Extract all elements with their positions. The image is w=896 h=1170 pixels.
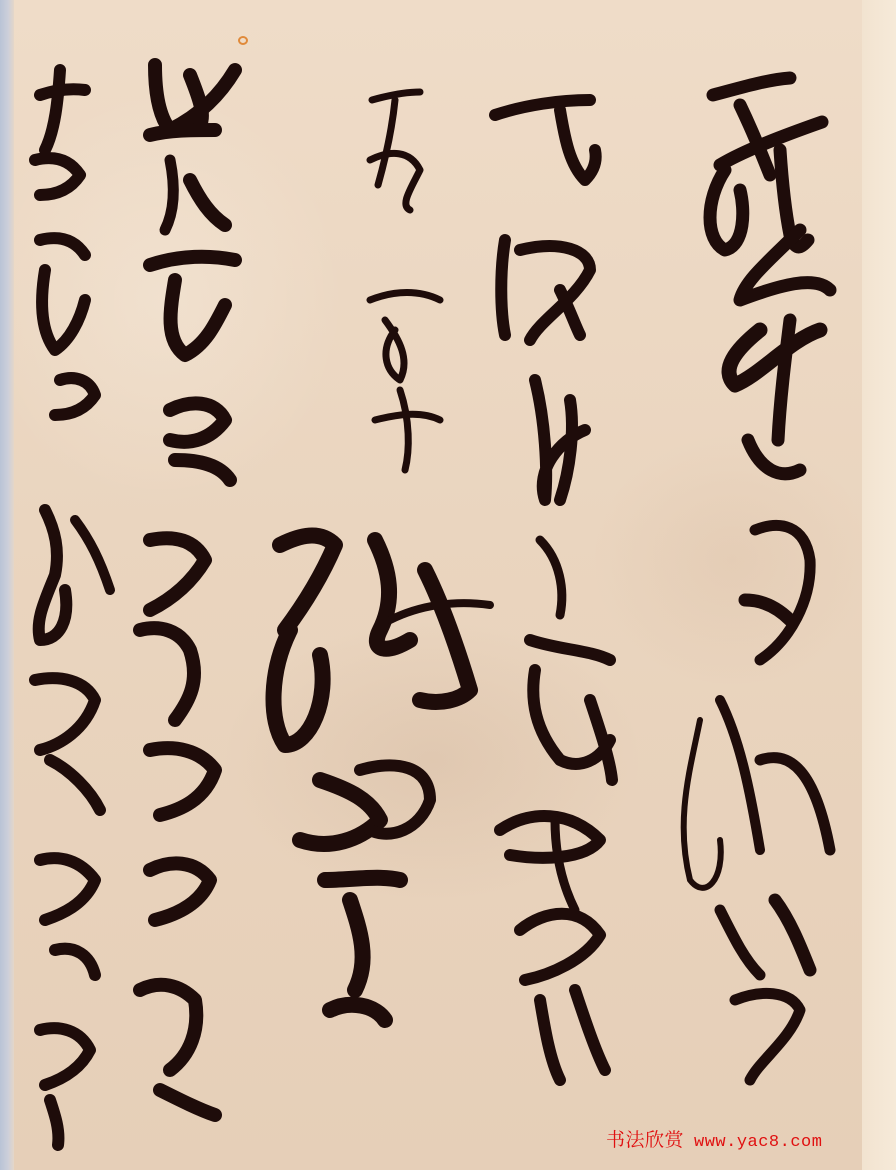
calligraphy-scan: 书法欣赏www.yac8.com	[0, 0, 896, 1170]
watermark-chinese: 书法欣赏	[606, 1129, 684, 1151]
ink-strokes	[0, 0, 896, 1170]
watermark: 书法欣赏www.yac8.com	[606, 1125, 822, 1152]
column-5	[140, 65, 235, 1115]
column-1	[684, 78, 830, 1080]
column-2	[495, 100, 612, 1080]
column-3	[370, 92, 440, 470]
column-6	[35, 70, 110, 1145]
column-4	[274, 536, 490, 1020]
watermark-url: www.yac8.com	[694, 1133, 822, 1152]
